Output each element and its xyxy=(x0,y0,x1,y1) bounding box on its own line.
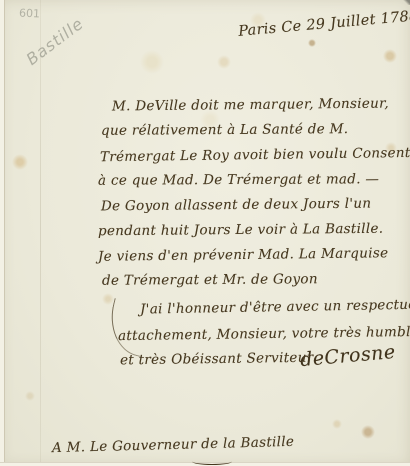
address-line: A M. Le Gouverneur de la Bastille xyxy=(52,434,295,456)
letter-body-line: De Goyon allassent de deux Jours l'un xyxy=(101,196,371,215)
letter-body-line: que rélativement à La Santé de M. xyxy=(101,121,348,139)
letter-body-line: à ce que Mad. De Trémergat et mad. — xyxy=(98,171,379,188)
pencil-annotation-bastille: Bastille xyxy=(23,14,88,69)
address-underline-flourish xyxy=(192,458,232,465)
letter-body-line: Je viens d'en prévenir Mad. La Marquise xyxy=(98,245,389,265)
letter-closing-line: et très Obéissant Serviteur xyxy=(120,350,314,369)
letter-body-line: pendant huit Jours Le voir à La Bastille… xyxy=(98,221,383,239)
letter-closing-line: attachement, Monsieur, votre très humble xyxy=(118,324,410,344)
letter-dateline: Paris Ce 29 Juillet 1788 xyxy=(238,8,410,40)
paper-left-edge xyxy=(0,0,5,466)
letter-body-line: de Trémergat et Mr. de Goyon xyxy=(102,271,318,289)
fold-crease xyxy=(40,0,41,466)
letter-body-line: M. DeVille doit me marquer, Monsieur, xyxy=(112,96,389,115)
letter-body-line: Trémergat Le Roy avoit bien voulu Consen… xyxy=(100,145,410,165)
pencil-inventory-number: 601 xyxy=(19,6,41,20)
signature-decrosne: deCrosne xyxy=(299,341,396,371)
letter-closing-line: J'ai l'honneur d'être avec un respectueu… xyxy=(140,296,410,317)
scan-corner-shadow xyxy=(403,0,410,5)
letter-scan: 601 Bastille Paris Ce 29 Juillet 1788 M.… xyxy=(0,0,410,466)
